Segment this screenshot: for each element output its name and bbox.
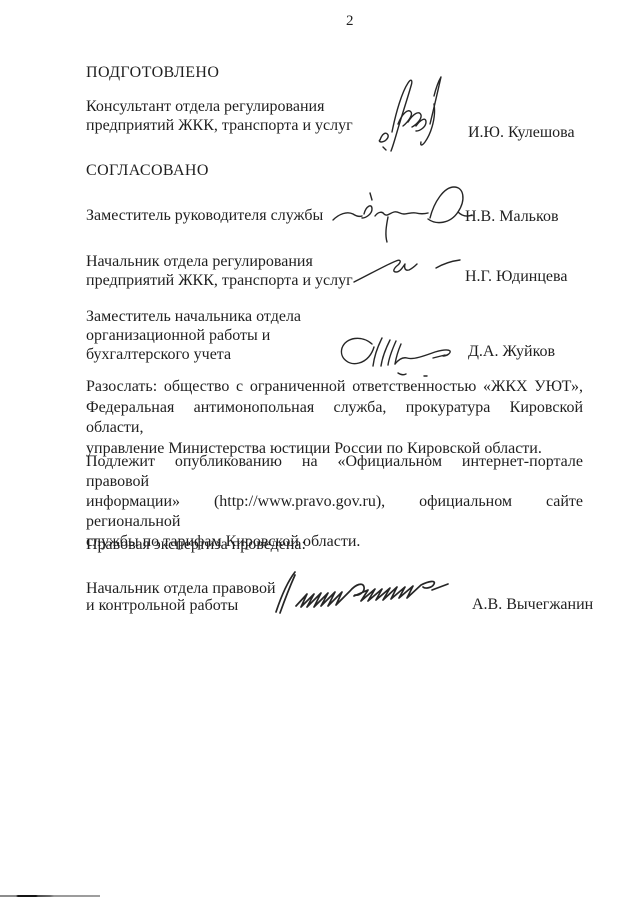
expertise-line: Правовая экспертиза проведена: (86, 536, 306, 554)
signer-title: Заместитель начальника отдела организаци… (86, 307, 301, 364)
signer-title-line: бухгалтерского учета (86, 345, 301, 364)
paragraph-line: информации» (http://www.pravo.gov.ru), о… (86, 492, 583, 532)
paragraph-line: Федеральная антимонопольная служба, прок… (86, 398, 583, 439)
page-number: 2 (0, 13, 640, 30)
signature-zhuykov (336, 333, 458, 378)
paragraph-line: Разослать: общество с ограниченной ответ… (86, 377, 583, 398)
signature-yudintseva (352, 255, 464, 287)
signer-title-line: Консультант отдела регулирования (86, 97, 353, 116)
signature-malkov (331, 183, 478, 244)
signature-kuleshova (368, 74, 446, 156)
signer-title-line: Начальник отдела регулирования (86, 252, 353, 271)
signer-title: Начальник отдела регулирования предприят… (86, 252, 353, 290)
signer-title: Заместитель руководителя службы (86, 206, 323, 225)
signer-name: Д.А. Жуйков (468, 343, 555, 361)
scan-artifact-line (0, 895, 100, 897)
signature-vychegzhanin (264, 570, 458, 614)
signer-name: Н.Г. Юдинцева (465, 268, 567, 286)
signer-title-line: Заместитель начальника отдела (86, 307, 301, 326)
paragraph-line: Подлежит опубликованию на «Официальном и… (86, 452, 583, 492)
document-page: 2 ПОДГОТОВЛЕНО Консультант отдела регули… (0, 0, 640, 905)
signer-title: Консультант отдела регулирования предпри… (86, 97, 353, 135)
signer-name: А.В. Вычегжанин (472, 596, 593, 614)
signer-title-line: организационной работы и (86, 326, 301, 345)
signer-title-line: предприятий ЖКК, транспорта и услуг (86, 116, 353, 135)
signer-title: Начальник отдела правовой и контрольной … (86, 580, 276, 614)
agreed-heading: СОГЛАСОВАНО (86, 162, 209, 180)
signer-name: И.Ю. Кулешова (468, 124, 575, 142)
signer-title-line: и контрольной работы (86, 597, 276, 614)
signer-title-line: Начальник отдела правовой (86, 580, 276, 597)
signer-title-line: предприятий ЖКК, транспорта и услуг (86, 271, 353, 290)
signer-name: Н.В. Мальков (465, 208, 559, 226)
signer-title-line: Заместитель руководителя службы (86, 206, 323, 225)
prepared-heading: ПОДГОТОВЛЕНО (86, 64, 219, 82)
distribution-paragraph: Разослать: общество с ограниченной ответ… (86, 377, 583, 459)
